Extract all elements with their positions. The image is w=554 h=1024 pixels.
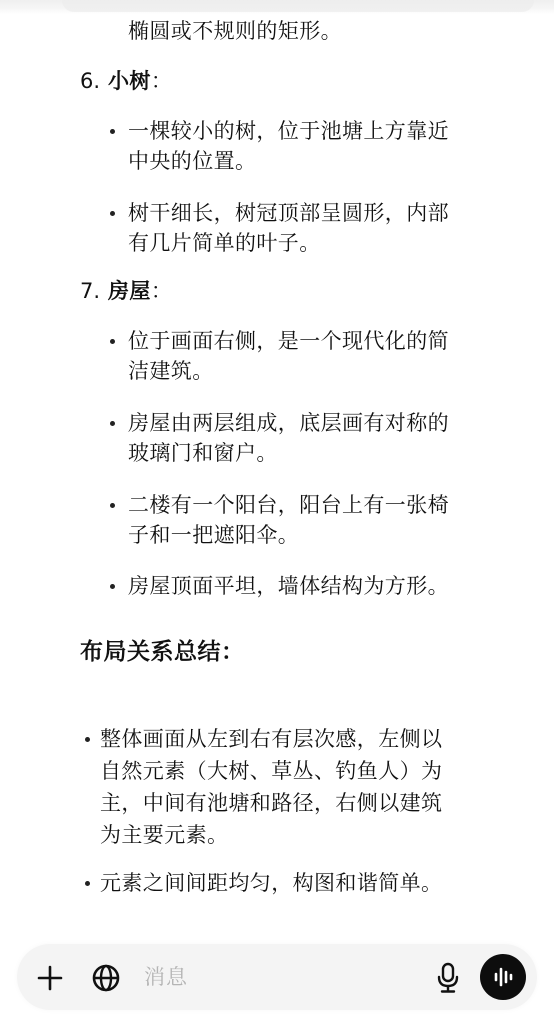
- bullet-dot: [110, 421, 115, 426]
- voice-mode-button[interactable]: [480, 954, 526, 1000]
- section-title-text: 小树: [108, 69, 151, 93]
- bullet-dot: [110, 339, 115, 344]
- list-item-line: 有几片简单的叶子。: [128, 228, 321, 258]
- list-item-line: 树干细长，树冠顶部呈圆形，内部: [128, 198, 449, 228]
- voice-waveform-icon: [491, 965, 515, 989]
- bullet-dot: [85, 881, 90, 886]
- add-button[interactable]: [34, 962, 66, 994]
- list-item-line: 房屋由两层组成，底层画有对称的: [128, 408, 449, 438]
- web-search-button[interactable]: [89, 961, 123, 995]
- list-item-line: 洁建筑。: [128, 356, 214, 386]
- dictation-button[interactable]: [433, 961, 463, 995]
- plus-icon: [37, 965, 63, 991]
- globe-icon: [91, 963, 121, 993]
- bullet-dot: [110, 584, 115, 589]
- section-title: 小树：: [108, 66, 172, 96]
- list-item-line: 一棵较小的树，位于池塘上方靠近: [128, 116, 449, 146]
- microphone-icon: [436, 962, 460, 994]
- message-input[interactable]: 消息: [144, 962, 188, 992]
- section-title-text: 房屋: [108, 279, 151, 303]
- list-item-line: 元素之间间距均匀，构图和谐简单。: [100, 868, 442, 898]
- list-item-line: 自然元素（大树、草丛、钓鱼人）为: [100, 756, 442, 786]
- list-item-line: 二楼有一个阳台，阳台上有一张椅: [128, 490, 449, 520]
- list-item-line: 为主要元素。: [100, 820, 228, 850]
- list-item-line: 主，中间有池塘和路径，右侧以建筑: [100, 788, 442, 818]
- list-item-line: 房屋顶面平坦，墙体结构为方形。: [128, 571, 449, 601]
- continuation-text: 椭圆或不规则的矩形。: [128, 16, 342, 46]
- bullet-dot: [85, 737, 90, 742]
- bullet-dot: [110, 503, 115, 508]
- scroll-fade-bar: [62, 0, 534, 12]
- section-title-colon: ：: [151, 69, 172, 93]
- section-title-colon: ：: [151, 279, 172, 303]
- summary-heading: 布局关系总结：: [80, 636, 245, 668]
- list-item-line: 位于画面右侧，是一个现代化的简: [128, 326, 449, 356]
- bullet-dot: [110, 129, 115, 134]
- list-item-line: 整体画面从左到右有层次感，左侧以: [100, 724, 442, 754]
- list-item-line: 玻璃门和窗户。: [128, 438, 278, 468]
- section-number: 7.: [80, 276, 100, 306]
- top-fade-overlay: [0, 0, 554, 14]
- list-item-line: 中央的位置。: [128, 146, 256, 176]
- list-item-line: 子和一把遮阳伞。: [128, 520, 299, 550]
- section-title: 房屋：: [108, 276, 172, 306]
- bullet-dot: [110, 211, 115, 216]
- section-number: 6.: [80, 66, 100, 96]
